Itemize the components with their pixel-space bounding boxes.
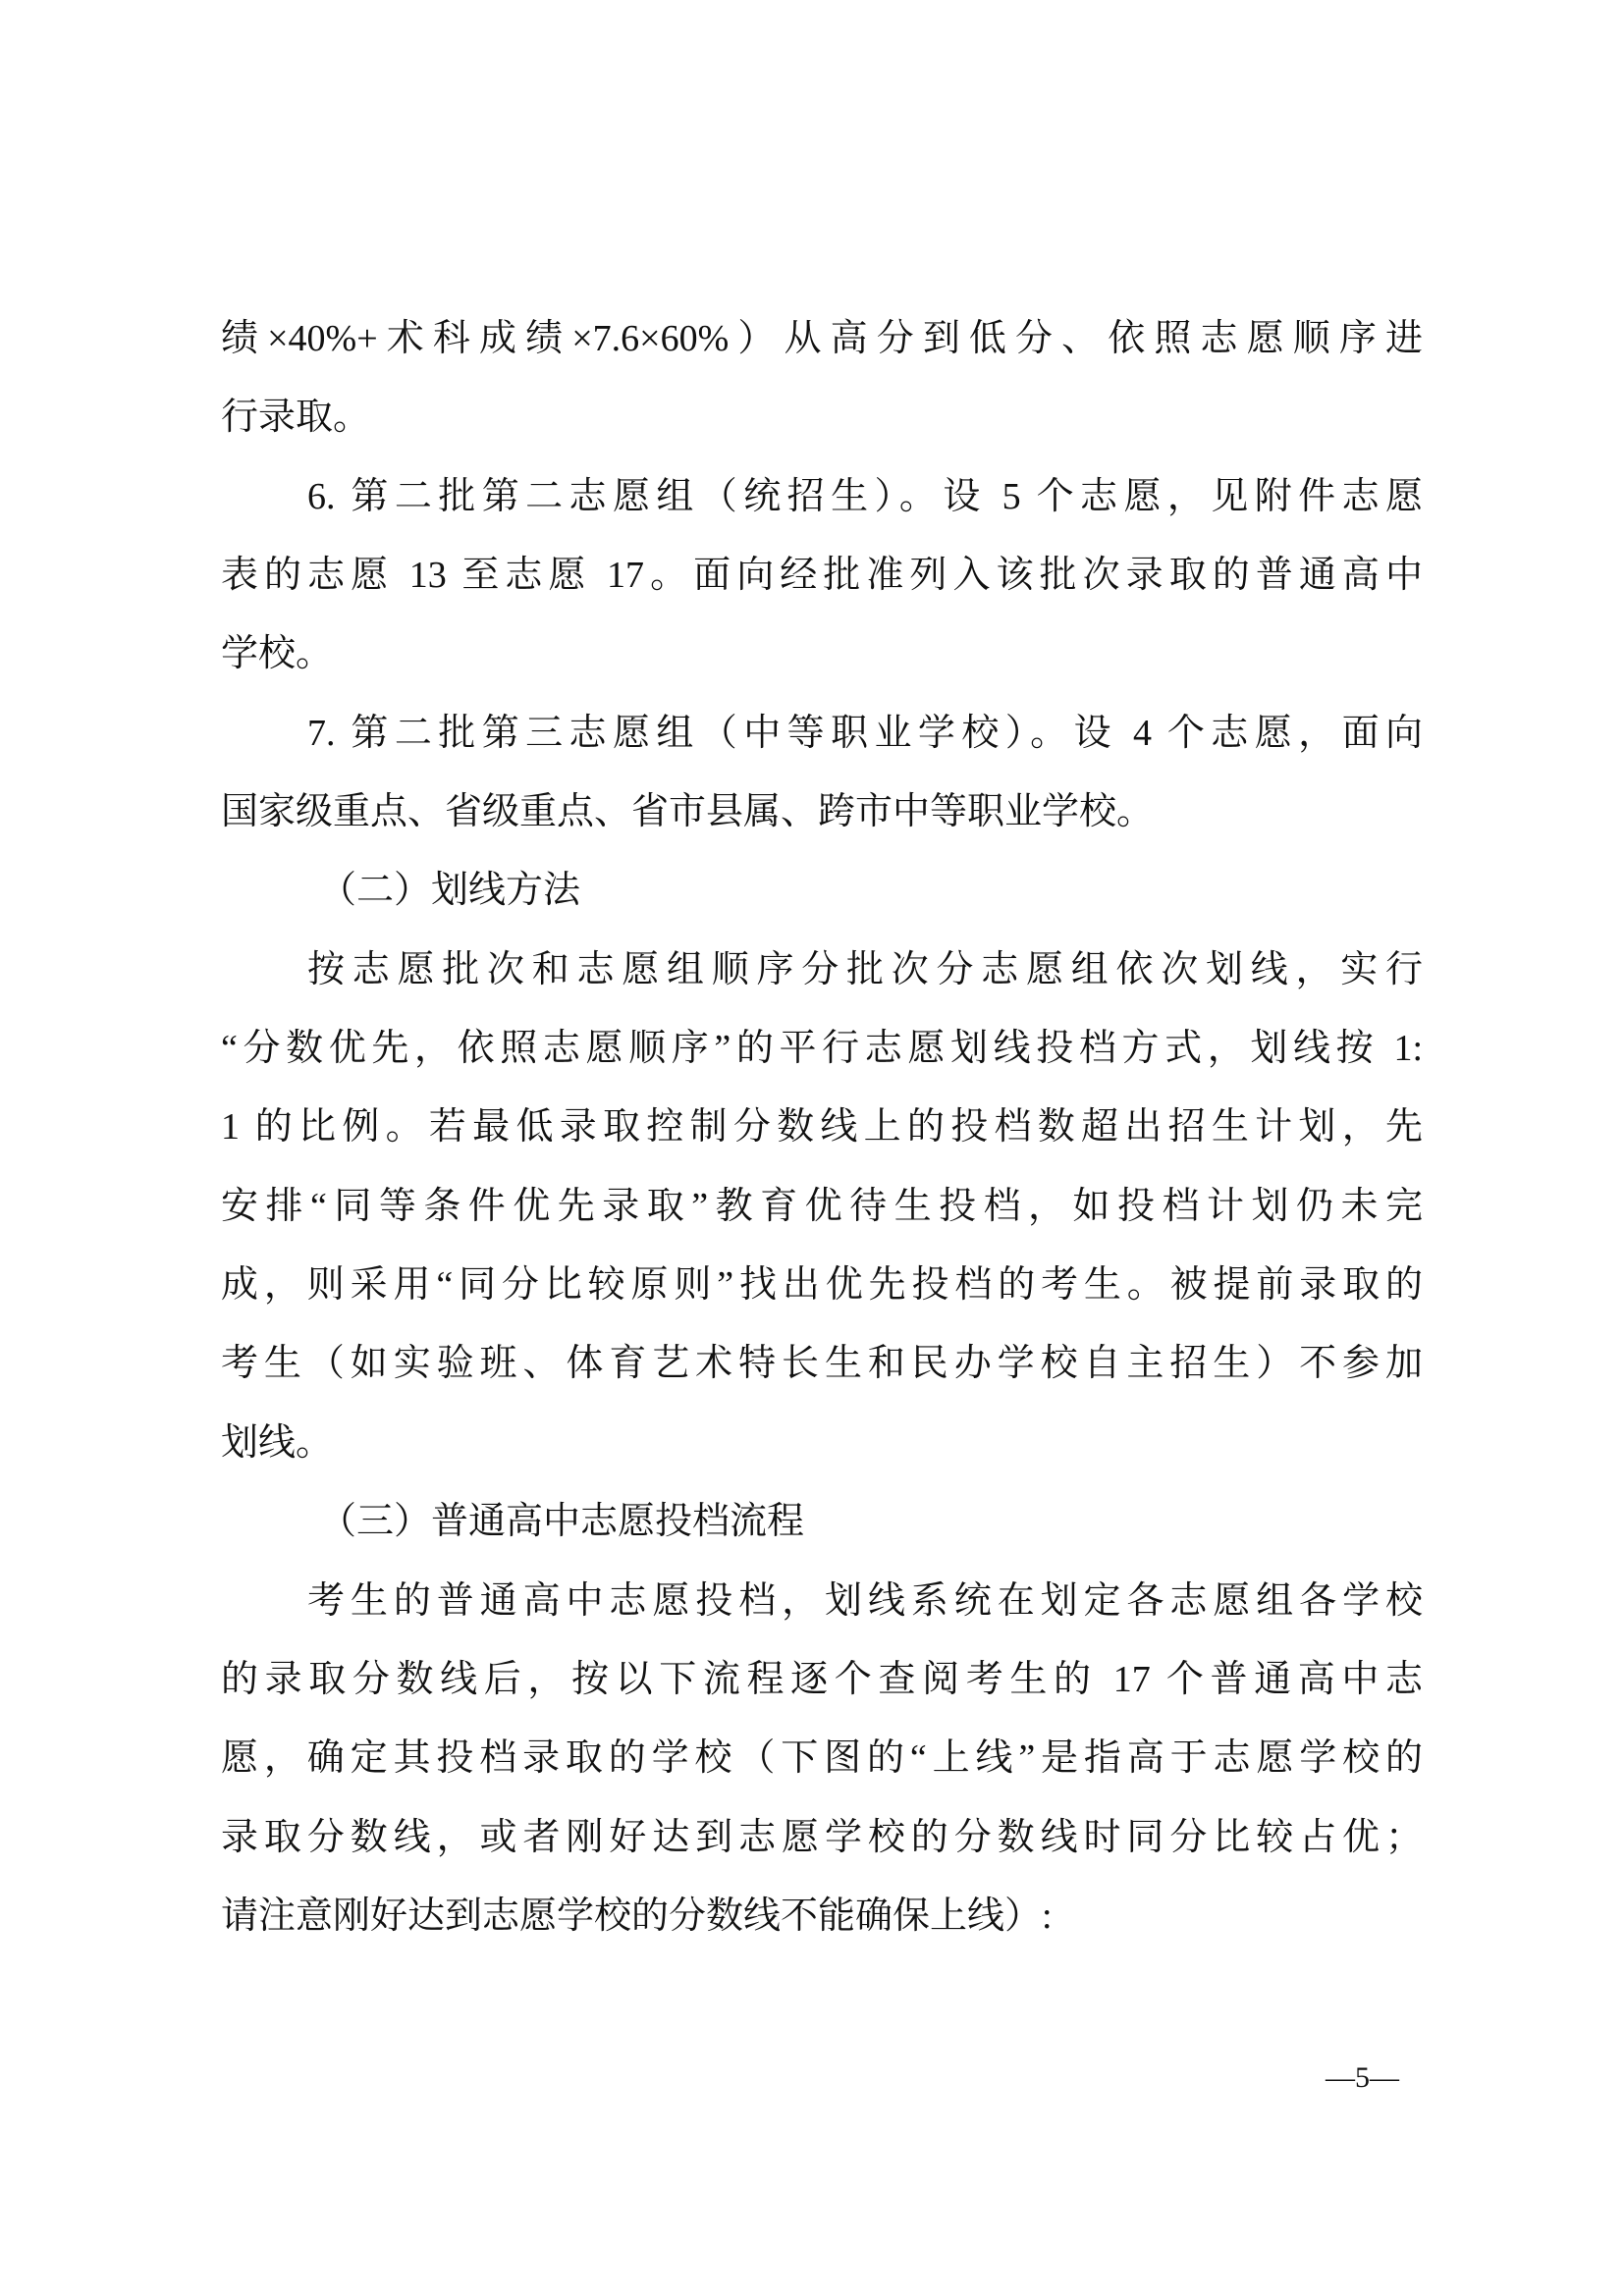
paragraph-line: 考生的普通高中志愿投档，划线系统在划定各志愿组各学校 (221, 1562, 1423, 1640)
paragraph-line: 的录取分数线后，按以下流程逐个查阅考生的 17 个普通高中志 (221, 1640, 1423, 1719)
paragraph-line: 表的志愿 13 至志愿 17。面向经批准列入该批次录取的普通高中 (221, 536, 1423, 614)
paragraph-line: 7. 第二批第三志愿组（中等职业学校）。设 4 个志愿，面向 (221, 694, 1423, 773)
paragraph-line: “分数优先，依照志愿顺序”的平行志愿划线投档方式，划线按 1: (221, 1009, 1423, 1088)
paragraph-line: 愿，确定其投档录取的学校（下图的“上线”是指高于志愿学校的 (221, 1719, 1423, 1797)
section-heading: （二）划线方法 (221, 851, 1423, 930)
paragraph-line: 按志愿批次和志愿组顺序分批次分志愿组依次划线，实行 (221, 931, 1423, 1009)
paragraph-line: 学校。 (221, 614, 1423, 693)
paragraph-line: 6. 第二批第二志愿组（统招生）。设 5 个志愿，见附件志愿 (221, 457, 1423, 536)
paragraph-line: 绩×40%+术科成绩×7.6×60%）从高分到低分、依照志愿顺序进 (221, 299, 1423, 378)
paragraph-line: 行录取。 (221, 378, 1423, 456)
paragraph-line: 国家级重点、省级重点、省市县属、跨市中等职业学校。 (221, 773, 1423, 851)
paragraph-line: 安排“同等条件优先录取”教育优待生投档，如投档计划仍未完 (221, 1167, 1423, 1246)
paragraph-line: 1 的比例。若最低录取控制分数线上的投档数超出招生计划，先 (221, 1088, 1423, 1166)
document-page: 绩×40%+术科成绩×7.6×60%）从高分到低分、依照志愿顺序进 行录取。 6… (221, 299, 1423, 1955)
paragraph-line: 成，则采用“同分比较原则”找出优先投档的考生。被提前录取的 (221, 1246, 1423, 1324)
section-heading: （三）普通高中志愿投档流程 (221, 1482, 1423, 1561)
paragraph-line: 划线。 (221, 1404, 1423, 1482)
paragraph-line: 录取分数线，或者刚好达到志愿学校的分数线时同分比较占优； (221, 1798, 1423, 1877)
page-number: —5— (1326, 2058, 1399, 2098)
paragraph-line: 考生（如实验班、体育艺术特长生和民办学校自主招生）不参加 (221, 1324, 1423, 1403)
paragraph-line: 请注意刚好达到志愿学校的分数线不能确保上线）: (221, 1877, 1423, 1955)
